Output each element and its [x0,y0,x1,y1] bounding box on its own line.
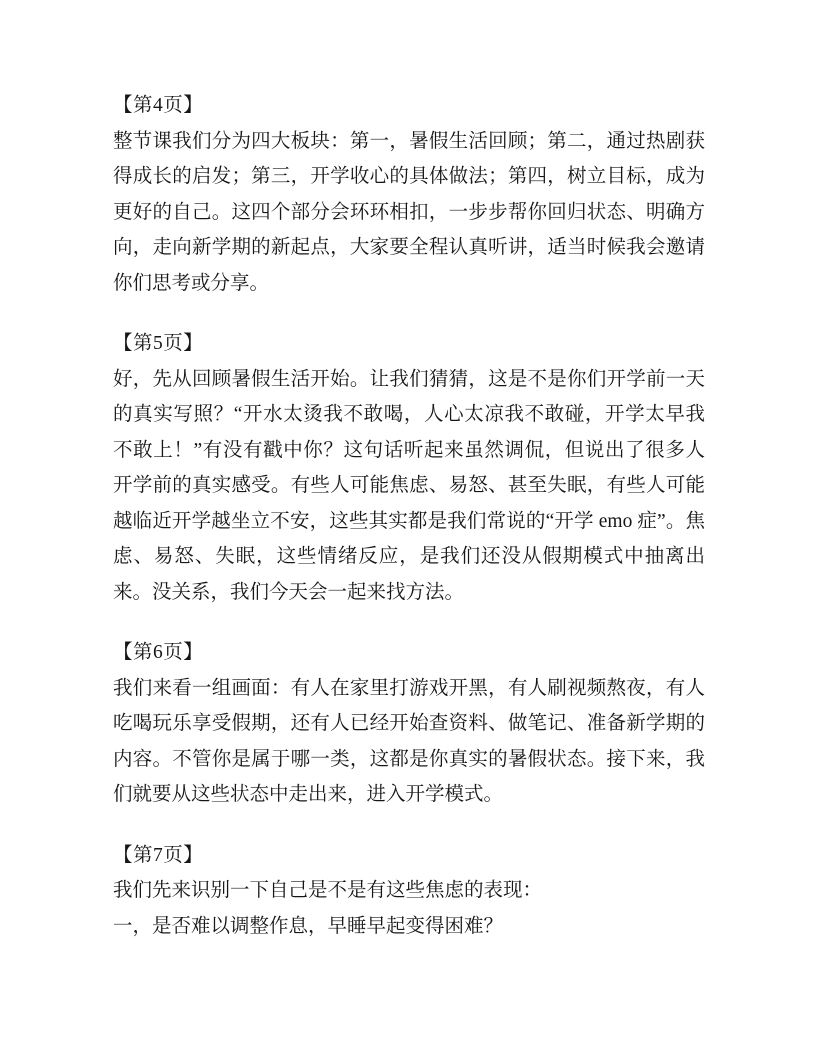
paragraph: 好，先从回顾暑假生活开始。让我们猜猜，这是不是你们开学前一天的真实写照？“开水太… [113,362,705,611]
page-section: 【第4页】 整节课我们分为四大板块：第一，暑假生活回顾；第二，通过热剧获得成长的… [113,88,705,301]
page-section: 【第5页】 好，先从回顾暑假生活开始。让我们猜猜，这是不是你们开学前一天的真实写… [113,326,705,610]
page-heading: 【第5页】 [113,326,705,362]
paragraph: 整节课我们分为四大板块：第一，暑假生活回顾；第二，通过热剧获得成长的启发；第三，… [113,124,705,302]
page-heading: 【第6页】 [113,635,705,671]
paragraph: 我们先来识别一下自己是不是有这些焦虑的表现： [113,873,705,909]
paragraph: 一，是否难以调整作息，早睡早起变得困难？ [113,909,705,945]
document-page: 【第4页】 整节课我们分为四大板块：第一，暑假生活回顾；第二，通过热剧获得成长的… [0,0,816,1056]
page-heading: 【第7页】 [113,838,705,874]
page-heading: 【第4页】 [113,88,705,124]
page-section: 【第7页】 我们先来识别一下自己是不是有这些焦虑的表现：一，是否难以调整作息，早… [113,838,705,945]
page-section: 【第6页】 我们来看一组画面：有人在家里打游戏开黑，有人刷视频熬夜，有人吃喝玩乐… [113,635,705,813]
document-body: 【第4页】 整节课我们分为四大板块：第一，暑假生活回顾；第二，通过热剧获得成长的… [113,88,705,944]
paragraph: 我们来看一组画面：有人在家里打游戏开黑，有人刷视频熬夜，有人吃喝玩乐享受假期，还… [113,671,705,813]
